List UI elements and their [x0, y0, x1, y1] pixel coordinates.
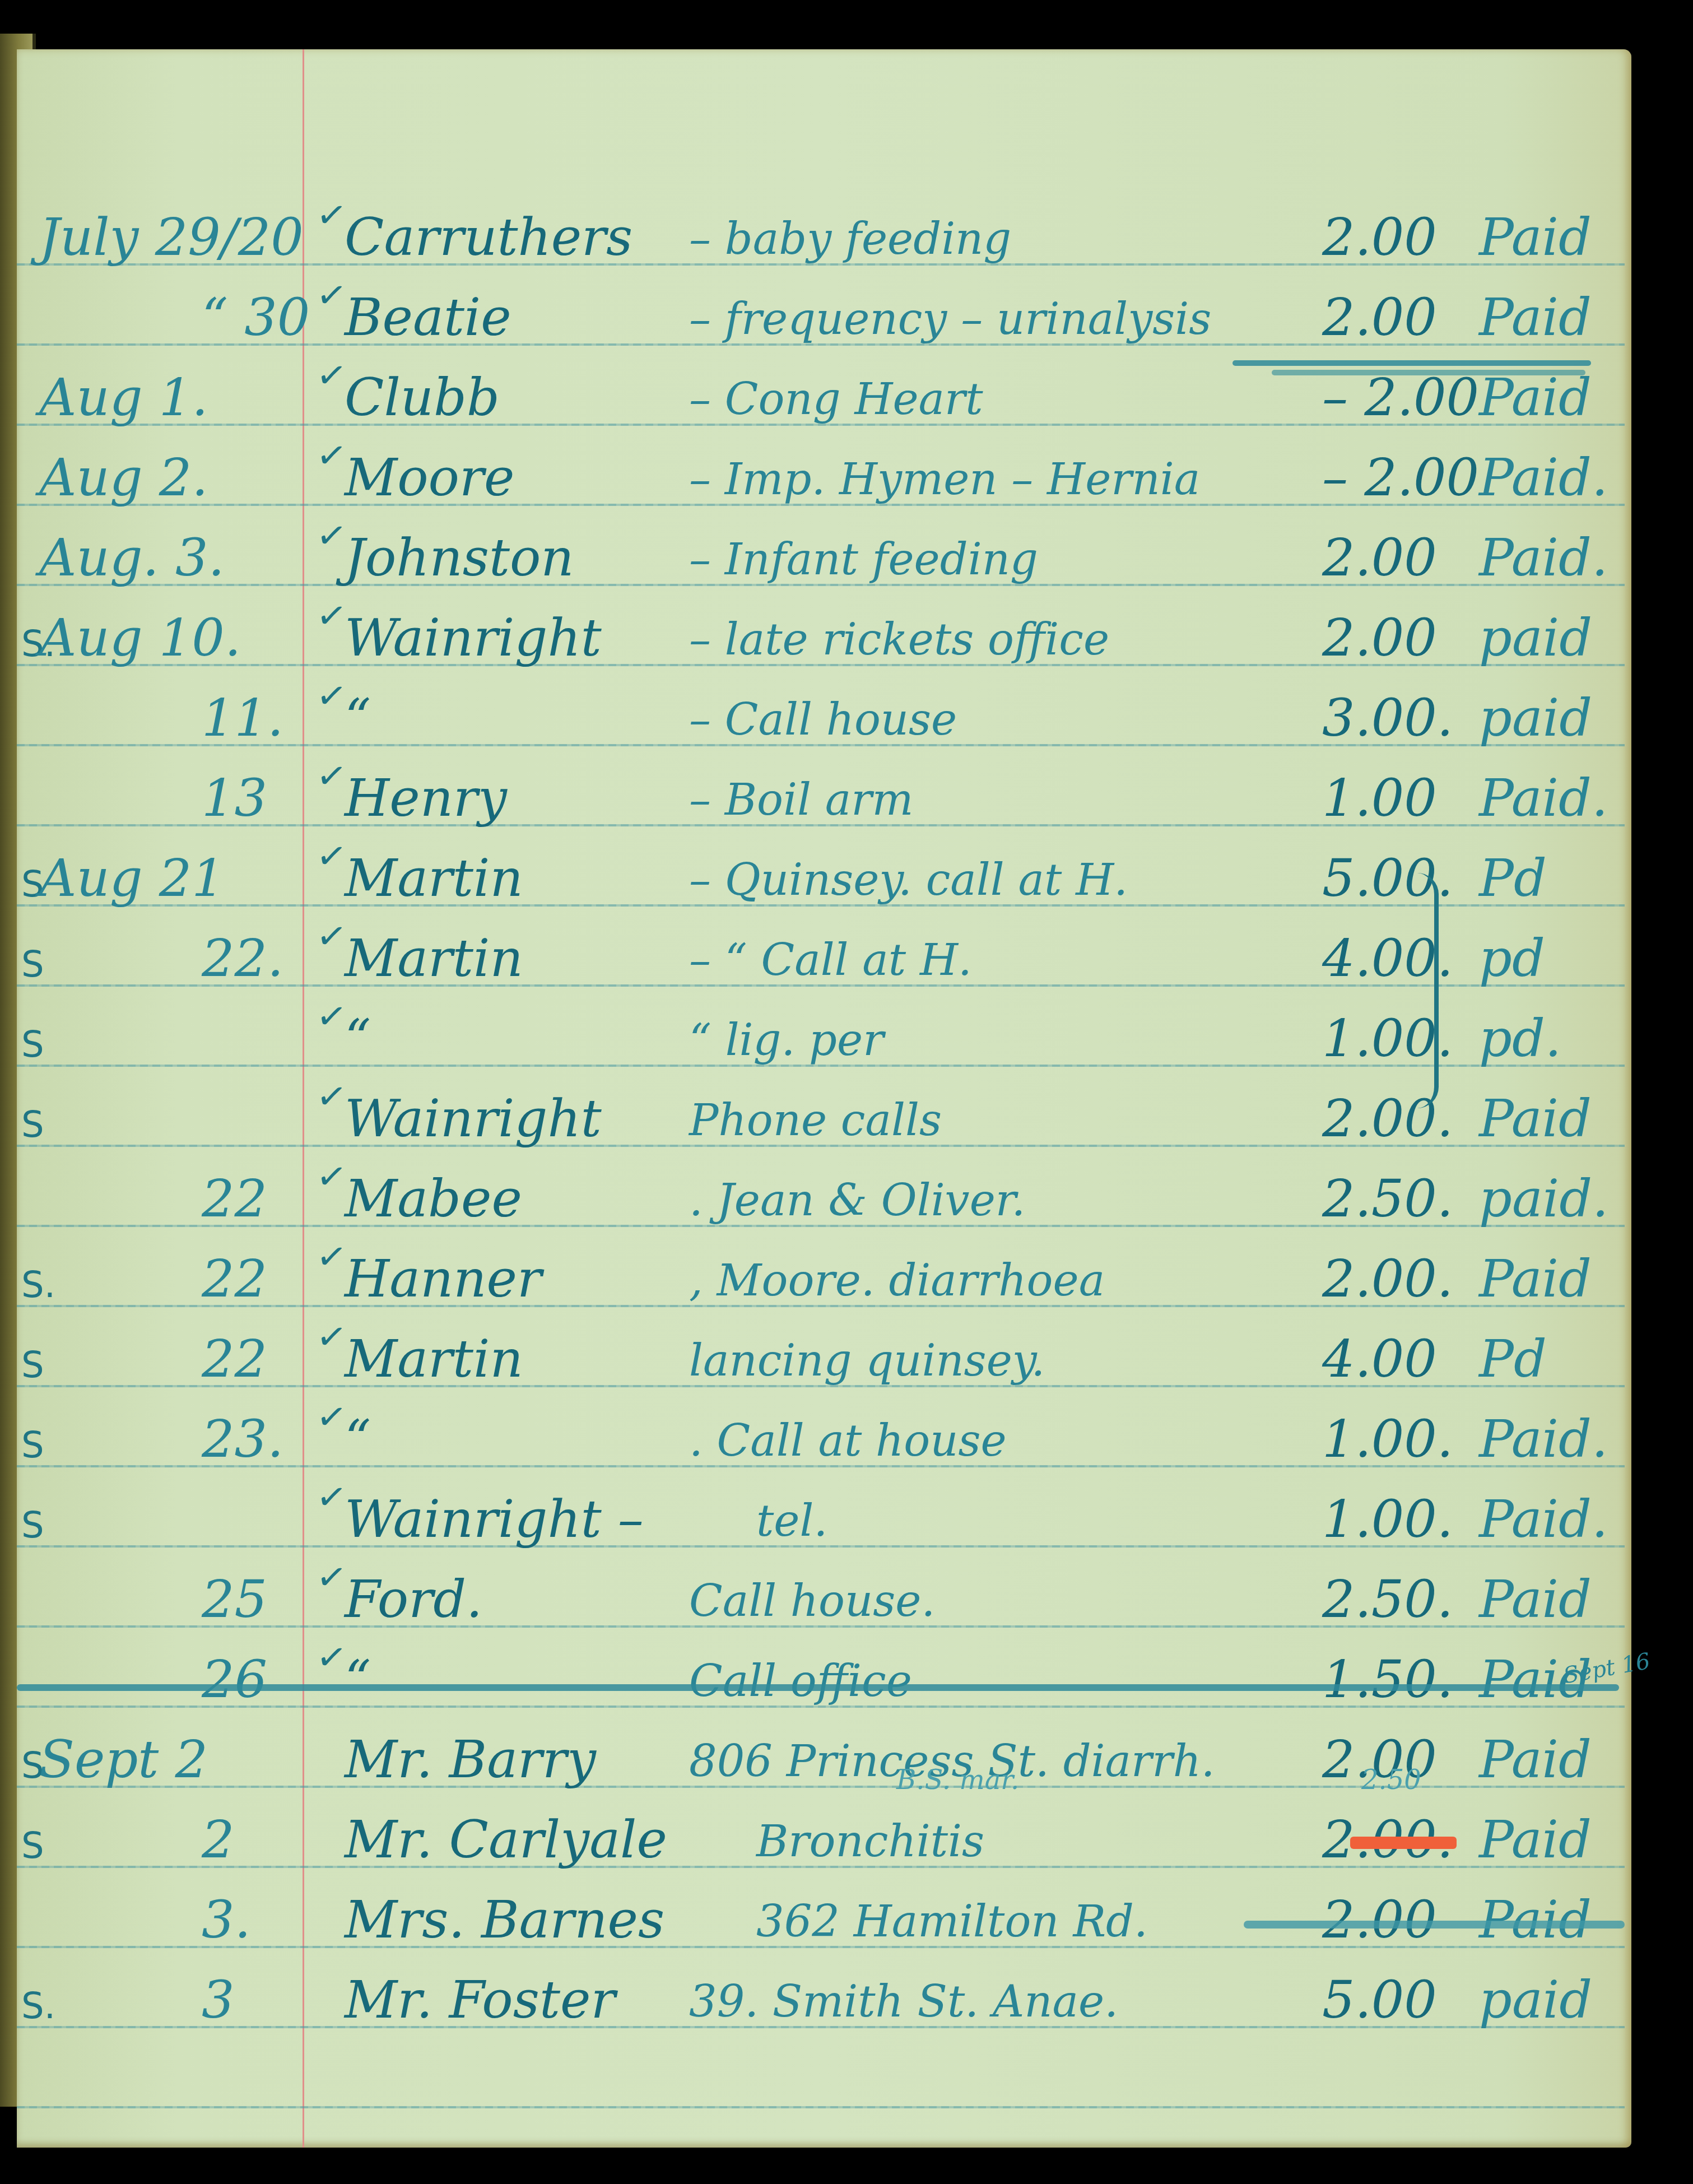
patient-name: Wainright — [345, 1093, 602, 1145]
patient-name: Mrs. Barnes — [345, 1894, 664, 1946]
visit-description: – Infant feeding — [689, 538, 1038, 582]
payment-status: Pd — [1479, 1333, 1547, 1385]
fee-amount: 1.00 — [1322, 773, 1437, 824]
check-mark-icon: ✓ — [314, 273, 349, 319]
patient-name: Wainright – — [345, 1494, 644, 1545]
fee-amount: 2.50. — [1322, 1574, 1453, 1625]
payment-status: Paid. — [1479, 1414, 1608, 1465]
check-mark-icon: ✓ — [314, 674, 349, 719]
fee-amount: – 2.00 — [1322, 452, 1479, 504]
visit-description: – “ Call at H. — [689, 938, 972, 982]
entry-date: 3. — [202, 1894, 251, 1946]
payment-status: Paid — [1479, 1734, 1592, 1786]
visit-description: . Call at house — [689, 1419, 1007, 1463]
check-mark-icon: ✓ — [314, 834, 349, 880]
patient-name: Wainright — [345, 612, 602, 664]
patient-name: Mr. Foster — [345, 1974, 615, 2026]
check-mark-icon: ✓ — [314, 1155, 349, 1200]
entry-date: 2 — [202, 1814, 235, 1866]
check-mark-icon: ✓ — [314, 1235, 349, 1280]
entry-date: 22 — [202, 1173, 267, 1225]
fee-amount: 1.00. — [1322, 1494, 1453, 1545]
patient-name: “ — [345, 1013, 371, 1065]
check-mark-icon: ✓ — [314, 1475, 349, 1521]
entry-date: “ 30 — [202, 292, 310, 343]
entry-date: 3 — [202, 1974, 235, 2026]
payment-status: paid — [1479, 693, 1592, 744]
patient-name: Johnston — [345, 532, 574, 584]
fee-amount: 2.00. — [1322, 1253, 1453, 1305]
entry-date: 23. — [202, 1414, 283, 1465]
barnes-corrected-amount: 2.50 — [1361, 1767, 1421, 1793]
entry-date: 13 — [202, 773, 267, 824]
entry-date: Sept 2 — [39, 1734, 208, 1786]
visit-description: – Boil arm — [689, 778, 914, 822]
entry-date: Aug 1. — [39, 372, 208, 424]
patient-name: Henry — [345, 773, 507, 824]
payment-status: Paid — [1479, 1253, 1592, 1305]
margin-s-mark: S. — [21, 1986, 55, 2027]
patient-name: Ford. — [345, 1574, 482, 1625]
fee-amount: 2.00 — [1322, 1894, 1437, 1946]
payment-status: paid. — [1479, 1173, 1608, 1225]
payment-status: Paid — [1479, 292, 1592, 343]
martin-bracket-icon — [1417, 873, 1439, 1108]
visit-description: – baby feeding — [689, 217, 1011, 261]
fee-amount: 1.00. — [1322, 1414, 1453, 1465]
check-mark-icon: ✓ — [314, 995, 349, 1040]
entry-date: 22 — [202, 1253, 267, 1305]
patient-name: “ — [345, 1414, 371, 1465]
red-pencil-mark — [1350, 1837, 1457, 1849]
patient-name: Mr. Barry — [345, 1734, 596, 1786]
payment-status: Paid. — [1479, 1494, 1608, 1545]
fee-amount: 2.50. — [1322, 1173, 1453, 1225]
margin-s-mark: S — [21, 1024, 44, 1066]
check-mark-icon: ✓ — [314, 1635, 349, 1681]
patient-name: Clubb — [345, 372, 500, 424]
patient-name: Carruthers — [345, 212, 632, 263]
check-mark-icon: ✓ — [314, 914, 349, 960]
margin-s-mark: S — [21, 1104, 44, 1146]
entry-date: Aug 2. — [39, 452, 208, 504]
visit-description: tel. — [756, 1499, 827, 1543]
patient-name: Mabee — [345, 1173, 522, 1225]
visit-description: Call office — [689, 1660, 912, 1703]
payment-status: Paid — [1479, 212, 1592, 263]
margin-s-mark: S — [21, 1825, 44, 1867]
visit-description: lancing quinsey. — [689, 1339, 1045, 1383]
visit-description: Bronchitis — [756, 1820, 984, 1864]
entry-date: Aug 10. — [39, 612, 241, 664]
visit-description: – Quinsey. call at H. — [689, 858, 1128, 902]
visit-description: 362 Hamilton Rd. — [756, 1900, 1148, 1944]
entry-date: 22 — [202, 1333, 267, 1385]
august-section-divider — [17, 1684, 1619, 1691]
patient-name: Beatie — [345, 292, 511, 343]
red-margin-line — [303, 49, 304, 2148]
visit-description: . Jean & Oliver. — [689, 1179, 1025, 1223]
margin-s-mark: S. — [21, 1265, 55, 1306]
payment-status: Paid — [1479, 1894, 1592, 1946]
entry-date: 11. — [202, 693, 283, 744]
fee-amount: 1.50. — [1322, 1654, 1453, 1706]
entry-date: 22. — [202, 933, 283, 984]
check-mark-icon: ✓ — [314, 354, 349, 399]
margin-s-mark: S — [21, 1505, 44, 1546]
visit-description: 39. Smith St. Anae. — [689, 1980, 1118, 2024]
patient-name: “ — [345, 1654, 371, 1706]
payment-status: paid — [1479, 1974, 1592, 2026]
fee-amount: 4.00 — [1322, 1333, 1437, 1385]
barnes-superscript-note: B.S. mar. — [896, 1767, 1019, 1793]
payment-status: pd. — [1479, 1013, 1561, 1065]
fee-amount: 2.00 — [1322, 292, 1437, 343]
check-mark-icon: ✓ — [314, 1395, 349, 1440]
visit-description: – late rickets office — [689, 618, 1109, 662]
payment-status: pd — [1479, 933, 1545, 984]
visit-description: – frequency – urinalysis — [689, 298, 1211, 341]
visit-description: – Cong Heart — [689, 378, 983, 421]
payment-status: Paid — [1479, 1814, 1592, 1866]
payment-status: Paid. — [1479, 773, 1608, 824]
margin-s-mark: S — [21, 1345, 44, 1386]
fee-amount: 2.00. — [1322, 1093, 1453, 1145]
patient-name: Martin — [345, 853, 523, 904]
margin-s-mark: S — [21, 944, 44, 986]
fee-amount: 3.00. — [1322, 693, 1453, 744]
entry-date: 25 — [202, 1574, 267, 1625]
visit-description: Call house. — [689, 1579, 935, 1623]
check-mark-icon: ✓ — [314, 514, 349, 559]
check-mark-icon: ✓ — [314, 594, 349, 639]
visit-description: “ lig. per — [689, 1019, 883, 1062]
entry-date: Aug 21 — [39, 853, 225, 904]
payment-status: Paid — [1479, 1574, 1592, 1625]
beatie-underline-2 — [1272, 370, 1585, 375]
visit-description: , Moore. diarrhoea — [689, 1259, 1105, 1303]
patient-name: Martin — [345, 1333, 523, 1385]
patient-name: Mr. Carlyale — [345, 1814, 667, 1866]
check-mark-icon: ✓ — [314, 1555, 349, 1601]
payment-status: Pd — [1479, 853, 1547, 904]
patient-name: Martin — [345, 933, 523, 984]
fee-amount: 2.00 — [1322, 212, 1437, 263]
visit-description: – Imp. Hymen – Hernia — [689, 458, 1200, 501]
fee-amount: – 2.00 — [1322, 372, 1479, 424]
margin-s-mark: S — [21, 1425, 44, 1466]
ledger-page: July 29/20✓Carruthers– baby feeding2.00P… — [17, 49, 1631, 2148]
foster-underline — [1244, 1921, 1625, 1929]
payment-status: paid — [1479, 612, 1592, 664]
payment-status: Paid. — [1479, 532, 1608, 584]
patient-name: Moore — [345, 452, 514, 504]
fee-amount: 5.00 — [1322, 1974, 1437, 2026]
fee-amount: 2.00 — [1322, 612, 1437, 664]
beatie-underline — [1232, 360, 1591, 366]
patient-name: Hanner — [345, 1253, 542, 1305]
entry-date: Aug. 3. — [39, 532, 225, 584]
rule-line — [17, 2106, 1625, 2108]
patient-name: “ — [345, 693, 371, 744]
check-mark-icon: ✓ — [314, 1075, 349, 1120]
payment-status: Paid. — [1479, 452, 1608, 504]
check-mark-icon: ✓ — [314, 434, 349, 479]
entry-date: July 29/20 — [39, 212, 304, 263]
check-mark-icon: ✓ — [314, 754, 349, 800]
payment-status: Paid — [1479, 1093, 1592, 1145]
visit-description: – Call house — [689, 698, 957, 742]
check-mark-icon: ✓ — [314, 1315, 349, 1360]
entry-date: 26 — [202, 1654, 267, 1706]
payment-status: Paid — [1479, 372, 1592, 424]
visit-description: Phone calls — [689, 1099, 942, 1142]
fee-amount: 2.00 — [1322, 532, 1437, 584]
check-mark-icon: ✓ — [314, 193, 349, 239]
